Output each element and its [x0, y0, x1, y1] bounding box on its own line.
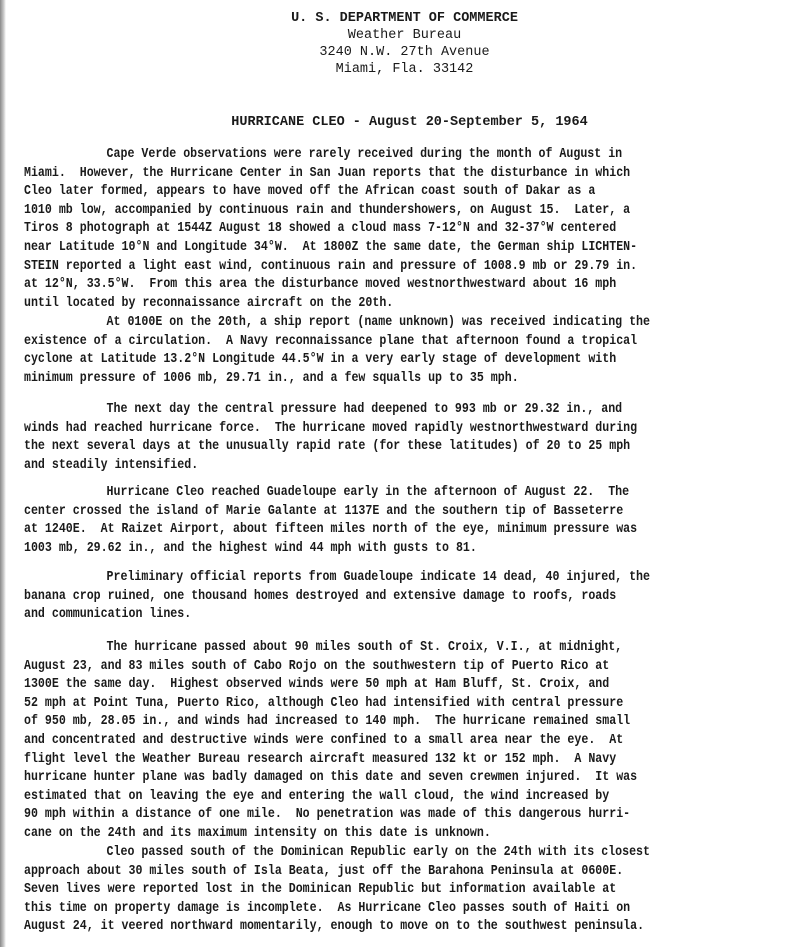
paragraph-dominican-republic: Cleo passed south of the Dominican Repub… — [24, 844, 804, 937]
text-line: and concentrated and destructive winds w… — [24, 732, 695, 751]
text-line: and communication lines. — [24, 606, 695, 625]
text-line: near Latitude 10°N and Longitude 34°W. A… — [24, 239, 695, 258]
text-line: At 0100E on the 20th, a ship report (nam… — [24, 314, 695, 333]
letterhead-city: Miami, Fla. 33142 — [0, 61, 809, 78]
text-line: 1300E the same day. Highest observed win… — [24, 676, 695, 695]
text-line: approach about 30 miles south of Isla Be… — [24, 863, 695, 882]
text-line: 1003 mb, 29.62 in., and the highest wind… — [24, 540, 695, 559]
text-line: flight level the Weather Bureau research… — [24, 751, 695, 770]
text-line: Hurricane Cleo reached Guadeloupe early … — [24, 484, 695, 503]
text-line: August 23, and 83 miles south of Cabo Ro… — [24, 658, 695, 677]
text-line: estimated that on leaving the eye and en… — [24, 788, 695, 807]
text-line: at 12°N, 33.5°W. From this area the dist… — [24, 276, 695, 295]
text-line: cane on the 24th and its maximum intensi… — [24, 825, 695, 844]
text-line: this time on property damage is incomple… — [24, 900, 695, 919]
text-line: cyclone at Latitude 13.2°N Longitude 44.… — [24, 351, 695, 370]
text-line: until located by reconnaissance aircraft… — [24, 295, 695, 314]
text-line: center crossed the island of Marie Galan… — [24, 503, 695, 522]
text-line: existence of a circulation. A Navy recon… — [24, 333, 695, 352]
paragraph-intensification: The next day the central pressure had de… — [24, 401, 804, 475]
text-line: and steadily intensified. — [24, 457, 695, 476]
text-line: Preliminary official reports from Guadel… — [24, 569, 695, 588]
paragraph-guadeloupe-damage: Preliminary official reports from Guadel… — [24, 569, 804, 625]
text-line: Cape Verde observations were rarely rece… — [24, 146, 695, 165]
letterhead-street: 3240 N.W. 27th Avenue — [0, 44, 809, 61]
letterhead-bureau: Weather Bureau — [0, 27, 809, 44]
letterhead: U. S. DEPARTMENT OF COMMERCE Weather Bur… — [0, 10, 809, 78]
document-page: U. S. DEPARTMENT OF COMMERCE Weather Bur… — [0, 0, 809, 947]
text-line: banana crop ruined, one thousand homes d… — [24, 588, 695, 607]
text-line: Miami. However, the Hurricane Center in … — [24, 165, 695, 184]
paragraph-cape-verde: Cape Verde observations were rarely rece… — [24, 146, 804, 313]
text-line: 1010 mb low, accompanied by continuous r… — [24, 202, 695, 221]
text-line: The next day the central pressure had de… — [24, 401, 695, 420]
letterhead-agency: U. S. DEPARTMENT OF COMMERCE — [0, 10, 809, 27]
paragraph-guadeloupe-landfall: Hurricane Cleo reached Guadeloupe early … — [24, 484, 804, 558]
paragraph-puerto-rico-passage: The hurricane passed about 90 miles sout… — [24, 639, 804, 844]
text-line: of 950 mb, 28.05 in., and winds had incr… — [24, 713, 695, 732]
text-line: the next several days at the unusually r… — [24, 438, 695, 457]
document-title: HURRICANE CLEO - August 20-September 5, … — [0, 115, 809, 130]
paragraph-first-circulation: At 0100E on the 20th, a ship report (nam… — [24, 314, 804, 388]
text-line: 90 mph within a distance of one mile. No… — [24, 806, 695, 825]
text-line: Cleo later formed, appears to have moved… — [24, 183, 695, 202]
text-line: Cleo passed south of the Dominican Repub… — [24, 844, 695, 863]
text-line: at 1240E. At Raizet Airport, about fifte… — [24, 521, 695, 540]
text-line: Tiros 8 photograph at 1544Z August 18 sh… — [24, 220, 695, 239]
text-line: The hurricane passed about 90 miles sout… — [24, 639, 695, 658]
text-line: 52 mph at Point Tuna, Puerto Rico, altho… — [24, 695, 695, 714]
text-line: hurricane hunter plane was badly damaged… — [24, 769, 695, 788]
text-line: STEIN reported a light east wind, contin… — [24, 258, 695, 277]
text-line: winds had reached hurricane force. The h… — [24, 420, 695, 439]
text-line: minimum pressure of 1006 mb, 29.71 in., … — [24, 370, 695, 389]
text-line: August 24, it veered northward momentari… — [24, 918, 695, 937]
text-line: Seven lives were reported lost in the Do… — [24, 881, 695, 900]
